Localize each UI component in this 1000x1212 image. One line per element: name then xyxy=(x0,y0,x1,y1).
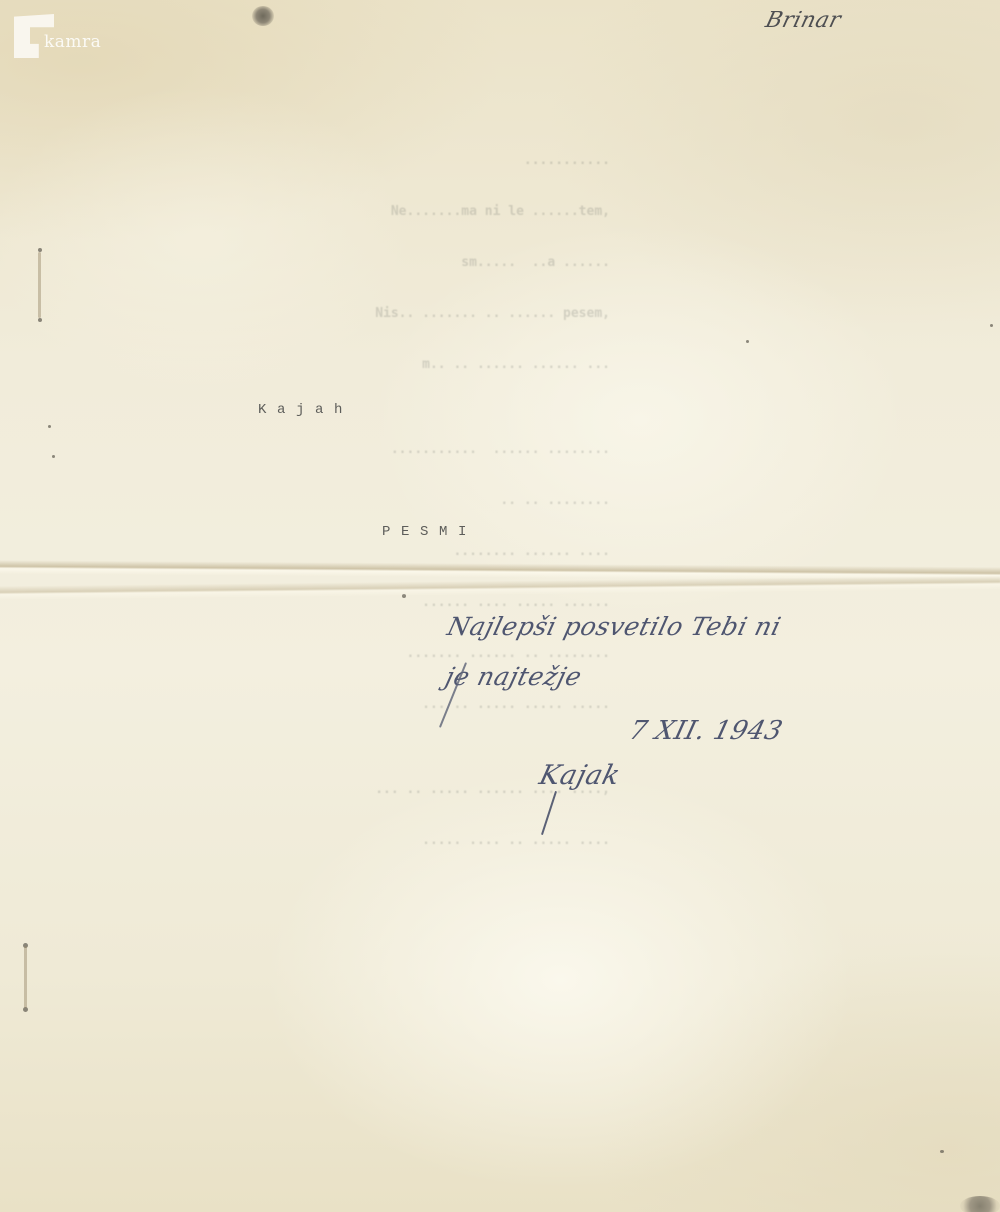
bleed-line: ... .. ..... ..... ..... xyxy=(250,696,610,713)
bleed-line: ...... .... ..... ...... xyxy=(250,594,610,611)
dedication-date: 7 XII. 1943 xyxy=(626,716,786,746)
signature: Kajak xyxy=(536,760,623,791)
bleed-line: ........... ...... ........ xyxy=(250,441,610,458)
bleed-line: sm..... ..a ...... xyxy=(250,254,610,271)
staple-mark xyxy=(38,252,41,318)
handwritten-annotation: Brinar xyxy=(763,8,844,33)
punch-hole xyxy=(252,6,274,26)
staple-mark xyxy=(24,946,27,1008)
bleed-line: ........... xyxy=(250,152,610,169)
dedication-line-1: Najlepši posvetilo Tebi ni xyxy=(444,612,784,641)
bleed-line: .. .. ........ xyxy=(250,492,610,509)
speck xyxy=(746,340,749,343)
author-name: K a j a h xyxy=(258,402,343,418)
corner-damage xyxy=(960,1196,1000,1212)
bleed-line: ..... .... .. ..... .... xyxy=(250,832,610,849)
scanned-document-page: kamra ........... Ne.......ma ni le ....… xyxy=(0,0,1000,1212)
bleed-line: m.. .. ...... ...... ... xyxy=(250,356,610,373)
speck xyxy=(48,425,51,428)
speck xyxy=(52,455,55,458)
bleed-line: ........ ...... .... xyxy=(250,543,610,560)
speck xyxy=(38,318,42,322)
bleed-line: ....... ...... .. ........ xyxy=(250,645,610,662)
kamra-watermark: kamra xyxy=(14,14,106,60)
speck xyxy=(940,1150,944,1153)
speck xyxy=(990,324,993,327)
document-title: P E S M I xyxy=(382,524,467,540)
bleed-line: Nis.. ....... .. ...... pesem, xyxy=(250,305,610,322)
watermark-text: kamra xyxy=(44,32,101,52)
bleed-line: Ne.......ma ni le ......tem, xyxy=(250,203,610,220)
